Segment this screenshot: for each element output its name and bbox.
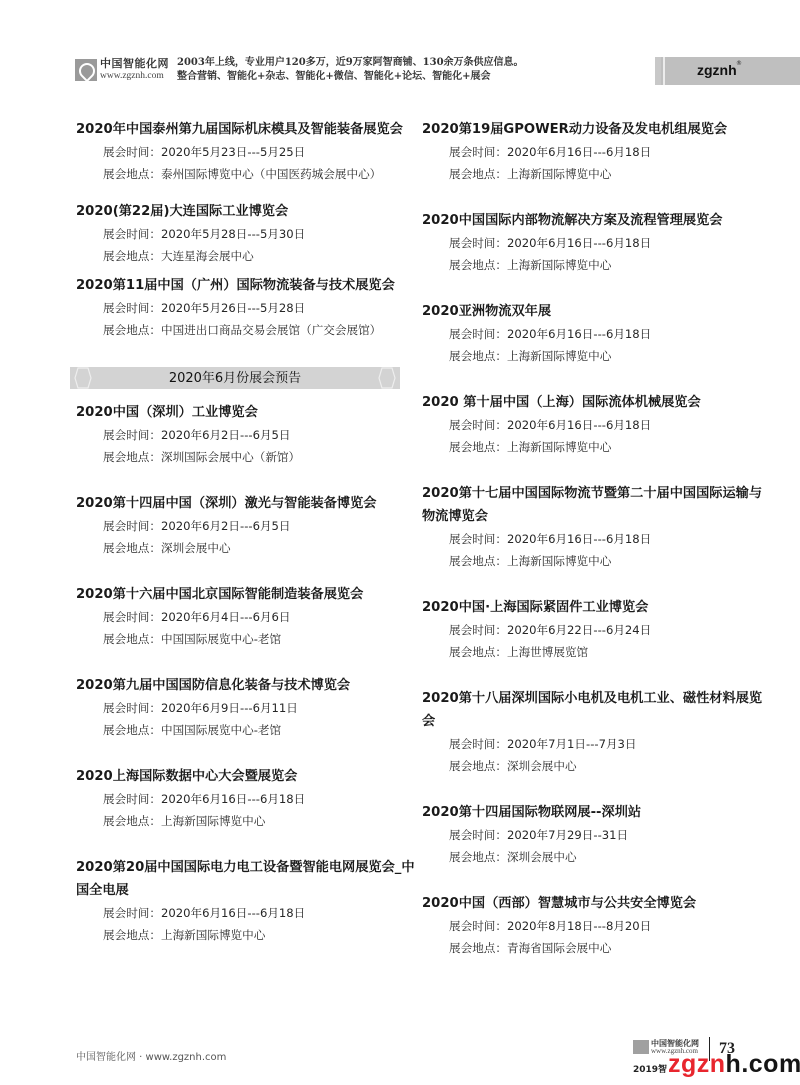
place-label: 展会地点： (449, 941, 507, 955)
expo-title: 2020第20届中国国际电力电工设备暨智能电网展览会_中国全电展 (76, 856, 416, 902)
expo-time: 展会时间：2020年6月4日---6月6日 (76, 606, 416, 628)
place-label: 展会地点： (103, 450, 161, 464)
expo-title: 2020亚洲物流双年展 (422, 300, 762, 323)
hexagon-ornament-icon (72, 367, 92, 389)
time-value: 2020年5月28日---5月30日 (161, 227, 305, 241)
place-label: 展会地点： (449, 440, 507, 454)
expo-time: 展会时间：2020年6月16日---6月18日 (422, 141, 762, 163)
time-label: 展会时间： (449, 828, 507, 842)
expo-title: 2020中国（深圳）工业博览会 (76, 401, 416, 424)
time-label: 展会时间： (449, 236, 507, 250)
expo-place: 展会地点：深圳国际会展中心（新馆） (76, 446, 416, 468)
header-slogan-line-1: 2003年上线，专业用户120多万，近9万家阿智商铺、130余万条供应信息。 (177, 56, 524, 70)
place-label: 展会地点： (449, 554, 507, 568)
expo-time: 展会时间：2020年7月1日---7月3日 (422, 733, 762, 755)
registered-mark-icon: ® (736, 60, 742, 67)
expo-entry: 2020第十六届中国北京国际智能制造装备展览会 展会时间：2020年6月4日--… (76, 583, 416, 650)
header-bar-label: zgznh (697, 62, 737, 78)
time-value: 2020年7月1日---7月3日 (507, 737, 637, 751)
expo-title: 2020第19届GPOWER动力设备及发电机组展览会 (422, 118, 762, 141)
expo-time: 展会时间：2020年6月9日---6月11日 (76, 697, 416, 719)
time-label: 展会时间： (449, 737, 507, 751)
expo-title: 2020第九届中国国防信息化装备与技术博览会 (76, 674, 416, 697)
expo-place: 展会地点：上海世博展览馆 (422, 641, 762, 663)
expo-title: 2020第十四届国际物联网展--深圳站 (422, 801, 762, 824)
time-value: 2020年5月23日---5月25日 (161, 145, 305, 159)
expo-entry: 2020中国国际内部物流解决方案及流程管理展览会 展会时间：2020年6月16日… (422, 209, 762, 276)
expo-time: 展会时间：2020年5月28日---5月30日 (76, 223, 416, 245)
expo-time: 展会时间：2020年6月16日---6月18日 (422, 323, 762, 345)
expo-title: 2020第十七届中国国际物流节暨第二十届中国国际运输与物流博览会 (422, 482, 762, 528)
footer-site-credit: 中国智能化网 · www.zgznh.com (76, 1048, 226, 1063)
time-label: 展会时间： (449, 145, 507, 159)
time-label: 展会时间： (449, 327, 507, 341)
place-value: 中国进出口商品交易会展馆（广交会展馆） (161, 323, 381, 337)
expo-title: 2020第十六届中国北京国际智能制造装备展览会 (76, 583, 416, 606)
zgznh-logo-icon (633, 1040, 649, 1054)
place-value: 上海新国际博览中心 (507, 440, 611, 454)
expo-place: 展会地点：上海新国际博览中心 (422, 436, 762, 458)
place-value: 深圳会展中心 (161, 541, 231, 555)
expo-place: 展会地点：上海新国际博览中心 (422, 163, 762, 185)
place-value: 上海新国际博览中心 (507, 554, 611, 568)
time-label: 展会时间： (449, 919, 507, 933)
place-label: 展会地点： (449, 167, 507, 181)
expo-time: 展会时间：2020年6月2日---6月5日 (76, 424, 416, 446)
time-value: 2020年6月16日---6月18日 (161, 792, 305, 806)
header-tab-bar: zgznh ® (655, 57, 800, 85)
right-column: 2020第19届GPOWER动力设备及发电机组展览会 展会时间：2020年6月1… (422, 118, 762, 959)
expo-title: 2020中国·上海国际紧固件工业博览会 (422, 596, 762, 619)
place-label: 展会地点： (449, 645, 507, 659)
expo-entry: 2020(第22届)大连国际工业博览会 展会时间：2020年5月28日---5月… (76, 200, 416, 267)
expo-title: 2020(第22届)大连国际工业博览会 (76, 200, 416, 223)
expo-time: 展会时间：2020年8月18日---8月20日 (422, 915, 762, 937)
time-label: 展会时间： (103, 701, 161, 715)
expo-place: 展会地点：深圳会展中心 (76, 537, 416, 559)
expo-title: 2020年中国泰州第九届国际机床模具及智能装备展览会 (76, 118, 416, 141)
time-value: 2020年6月16日---6月18日 (507, 418, 651, 432)
expo-entry: 2020中国（深圳）工业博览会 展会时间：2020年6月2日---6月5日 展会… (76, 401, 416, 468)
place-value: 深圳会展中心 (507, 759, 577, 773)
place-value: 青海省国际会展中心 (507, 941, 611, 955)
expo-place: 展会地点：泰州国际博览中心（中国医药城会展中心） (76, 163, 416, 185)
place-label: 展会地点： (103, 723, 161, 737)
expo-title: 2020 第十届中国（上海）国际流体机械展览会 (422, 391, 762, 414)
expo-place: 展会地点：上海新国际博览中心 (76, 924, 416, 946)
expo-time: 展会时间：2020年5月26日---5月28日 (76, 297, 416, 319)
section-title: 2020年6月份展会预告 (169, 371, 301, 386)
expo-entry: 2020第十七届中国国际物流节暨第二十届中国国际运输与物流博览会 展会时间：20… (422, 482, 762, 572)
place-value: 上海新国际博览中心 (507, 258, 611, 272)
time-value: 2020年8月18日---8月20日 (507, 919, 651, 933)
place-value: 大连星海会展中心 (161, 249, 254, 263)
bar-stripe (663, 57, 665, 85)
place-label: 展会地点： (103, 928, 161, 942)
place-value: 上海新国际博览中心 (161, 928, 265, 942)
time-label: 展会时间： (103, 145, 161, 159)
time-value: 2020年6月16日---6月18日 (161, 906, 305, 920)
expo-entry: 2020 第十届中国（上海）国际流体机械展览会 展会时间：2020年6月16日-… (422, 391, 762, 458)
time-value: 2020年6月2日---6月5日 (161, 519, 291, 533)
expo-title: 2020中国国际内部物流解决方案及流程管理展览会 (422, 209, 762, 232)
expo-time: 展会时间：2020年6月16日---6月18日 (422, 414, 762, 436)
header-brand-url: www.zgznh.com (100, 70, 169, 83)
expo-title: 2020第十八届深圳国际小电机及电机工业、磁性材料展览会 (422, 687, 762, 733)
expo-place: 展会地点：上海新国际博览中心 (422, 254, 762, 276)
expo-time: 展会时间：2020年5月23日---5月25日 (76, 141, 416, 163)
expo-time: 展会时间：2020年6月16日---6月18日 (76, 788, 416, 810)
place-label: 展会地点： (449, 258, 507, 272)
footer-year-text: 2019智 (633, 1062, 667, 1075)
page-header: 中国智能化网 www.zgznh.com 2003年上线，专业用户120多万，近… (75, 55, 524, 85)
expo-entry: 2020第19届GPOWER动力设备及发电机组展览会 展会时间：2020年6月1… (422, 118, 762, 185)
time-label: 展会时间： (103, 610, 161, 624)
bar-stripe (655, 57, 661, 85)
expo-place: 展会地点：大连星海会展中心 (76, 245, 416, 267)
expo-time: 展会时间：2020年7月29日--31日 (422, 824, 762, 846)
expo-title: 2020第十四届中国（深圳）激光与智能装备博览会 (76, 492, 416, 515)
place-label: 展会地点： (449, 349, 507, 363)
place-value: 泰州国际博览中心（中国医药城会展中心） (161, 167, 381, 181)
expo-title: 2020中国（西部）智慧城市与公共安全博览会 (422, 892, 762, 915)
time-label: 展会时间： (103, 519, 161, 533)
place-value: 中国国际展览中心-老馆 (161, 632, 281, 646)
time-value: 2020年7月29日--31日 (507, 828, 628, 842)
place-value: 深圳国际会展中心（新馆） (161, 450, 300, 464)
place-label: 展会地点： (103, 541, 161, 555)
expo-entry: 2020第十八届深圳国际小电机及电机工业、磁性材料展览会 展会时间：2020年7… (422, 687, 762, 777)
expo-entry: 2020上海国际数据中心大会暨展览会 展会时间：2020年6月16日---6月1… (76, 765, 416, 832)
place-label: 展会地点： (103, 167, 161, 181)
expo-entry: 2020第九届中国国防信息化装备与技术博览会 展会时间：2020年6月9日---… (76, 674, 416, 741)
time-label: 展会时间： (449, 623, 507, 637)
expo-place: 展会地点：上海新国际博览中心 (422, 550, 762, 572)
expo-title: 2020第11届中国（广州）国际物流装备与技术展览会 (76, 274, 416, 297)
expo-place: 展会地点：深圳会展中心 (422, 846, 762, 868)
header-brand-name: 中国智能化网 (100, 57, 169, 70)
expo-time: 展会时间：2020年6月16日---6月18日 (422, 232, 762, 254)
expo-time: 展会时间：2020年6月2日---6月5日 (76, 515, 416, 537)
section-banner-june: 2020年6月份展会预告 (70, 367, 400, 389)
header-brand: 中国智能化网 www.zgznh.com (100, 57, 169, 83)
time-label: 展会时间： (103, 301, 161, 315)
time-label: 展会时间： (103, 792, 161, 806)
header-slogan: 2003年上线，专业用户120多万，近9万家阿智商铺、130余万条供应信息。 整… (177, 56, 524, 84)
place-value: 上海新国际博览中心 (161, 814, 265, 828)
expo-time: 展会时间：2020年6月16日---6月18日 (76, 902, 416, 924)
place-value: 上海新国际博览中心 (507, 167, 611, 181)
time-label: 展会时间： (449, 532, 507, 546)
header-slogan-line-2: 整合营销、智能化+杂志、智能化+微信、智能化+论坛、智能化+展会 (177, 70, 524, 84)
expo-entry: 2020中国（西部）智慧城市与公共安全博览会 展会时间：2020年8月18日--… (422, 892, 762, 959)
time-label: 展会时间： (103, 227, 161, 241)
expo-place: 展会地点：中国国际展览中心-老馆 (76, 628, 416, 650)
place-label: 展会地点： (103, 632, 161, 646)
expo-entry: 2020年中国泰州第九届国际机床模具及智能装备展览会 展会时间：2020年5月2… (76, 118, 416, 185)
footer-brand-name: 中国智能化网 (651, 1039, 699, 1047)
expo-place: 展会地点：上海新国际博览中心 (76, 810, 416, 832)
expo-time: 展会时间：2020年6月22日---6月24日 (422, 619, 762, 641)
expo-entry: 2020中国·上海国际紧固件工业博览会 展会时间：2020年6月22日---6月… (422, 596, 762, 663)
time-value: 2020年6月16日---6月18日 (507, 327, 651, 341)
time-label: 展会时间： (449, 418, 507, 432)
expo-entry: 2020第20届中国国际电力电工设备暨智能电网展览会_中国全电展 展会时间：20… (76, 856, 416, 946)
time-label: 展会时间： (103, 906, 161, 920)
time-value: 2020年6月9日---6月11日 (161, 701, 298, 715)
time-value: 2020年6月22日---6月24日 (507, 623, 651, 637)
place-label: 展会地点： (449, 759, 507, 773)
expo-place: 展会地点：青海省国际会展中心 (422, 937, 762, 959)
expo-entry: 2020亚洲物流双年展 展会时间：2020年6月16日---6月18日 展会地点… (422, 300, 762, 367)
expo-place: 展会地点：中国国际展览中心-老馆 (76, 719, 416, 741)
expo-entry: 2020第11届中国（广州）国际物流装备与技术展览会 展会时间：2020年5月2… (76, 274, 416, 341)
place-label: 展会地点： (103, 814, 161, 828)
place-label: 展会地点： (449, 850, 507, 864)
place-label: 展会地点： (103, 249, 161, 263)
place-label: 展会地点： (103, 323, 161, 337)
time-value: 2020年6月16日---6月18日 (507, 236, 651, 250)
time-value: 2020年6月16日---6月18日 (507, 145, 651, 159)
place-value: 上海新国际博览中心 (507, 349, 611, 363)
place-value: 深圳会展中心 (507, 850, 577, 864)
expo-place: 展会地点：上海新国际博览中心 (422, 345, 762, 367)
time-value: 2020年6月4日---6月6日 (161, 610, 291, 624)
watermark-black-part: h.com (726, 1050, 800, 1078)
place-value: 上海世博展览馆 (507, 645, 588, 659)
expo-title: 2020上海国际数据中心大会暨展览会 (76, 765, 416, 788)
place-value: 中国国际展览中心-老馆 (161, 723, 281, 737)
left-column: 2020年中国泰州第九届国际机床模具及智能装备展览会 展会时间：2020年5月2… (76, 118, 416, 946)
expo-time: 展会时间：2020年6月16日---6月18日 (422, 528, 762, 550)
time-label: 展会时间： (103, 428, 161, 442)
expo-entry: 2020第十四届中国（深圳）激光与智能装备博览会 展会时间：2020年6月2日-… (76, 492, 416, 559)
expo-place: 展会地点：深圳会展中心 (422, 755, 762, 777)
expo-entry: 2020第十四届国际物联网展--深圳站 展会时间：2020年7月29日--31日… (422, 801, 762, 868)
watermark: zgznh.com (668, 1051, 800, 1077)
hexagon-ornament-icon (378, 367, 398, 389)
watermark-red-part: zgzn (668, 1050, 726, 1078)
expo-place: 展会地点：中国进出口商品交易会展馆（广交会展馆） (76, 319, 416, 341)
zgznh-logo-icon (75, 59, 97, 81)
time-value: 2020年6月16日---6月18日 (507, 532, 651, 546)
time-value: 2020年6月2日---6月5日 (161, 428, 291, 442)
time-value: 2020年5月26日---5月28日 (161, 301, 305, 315)
